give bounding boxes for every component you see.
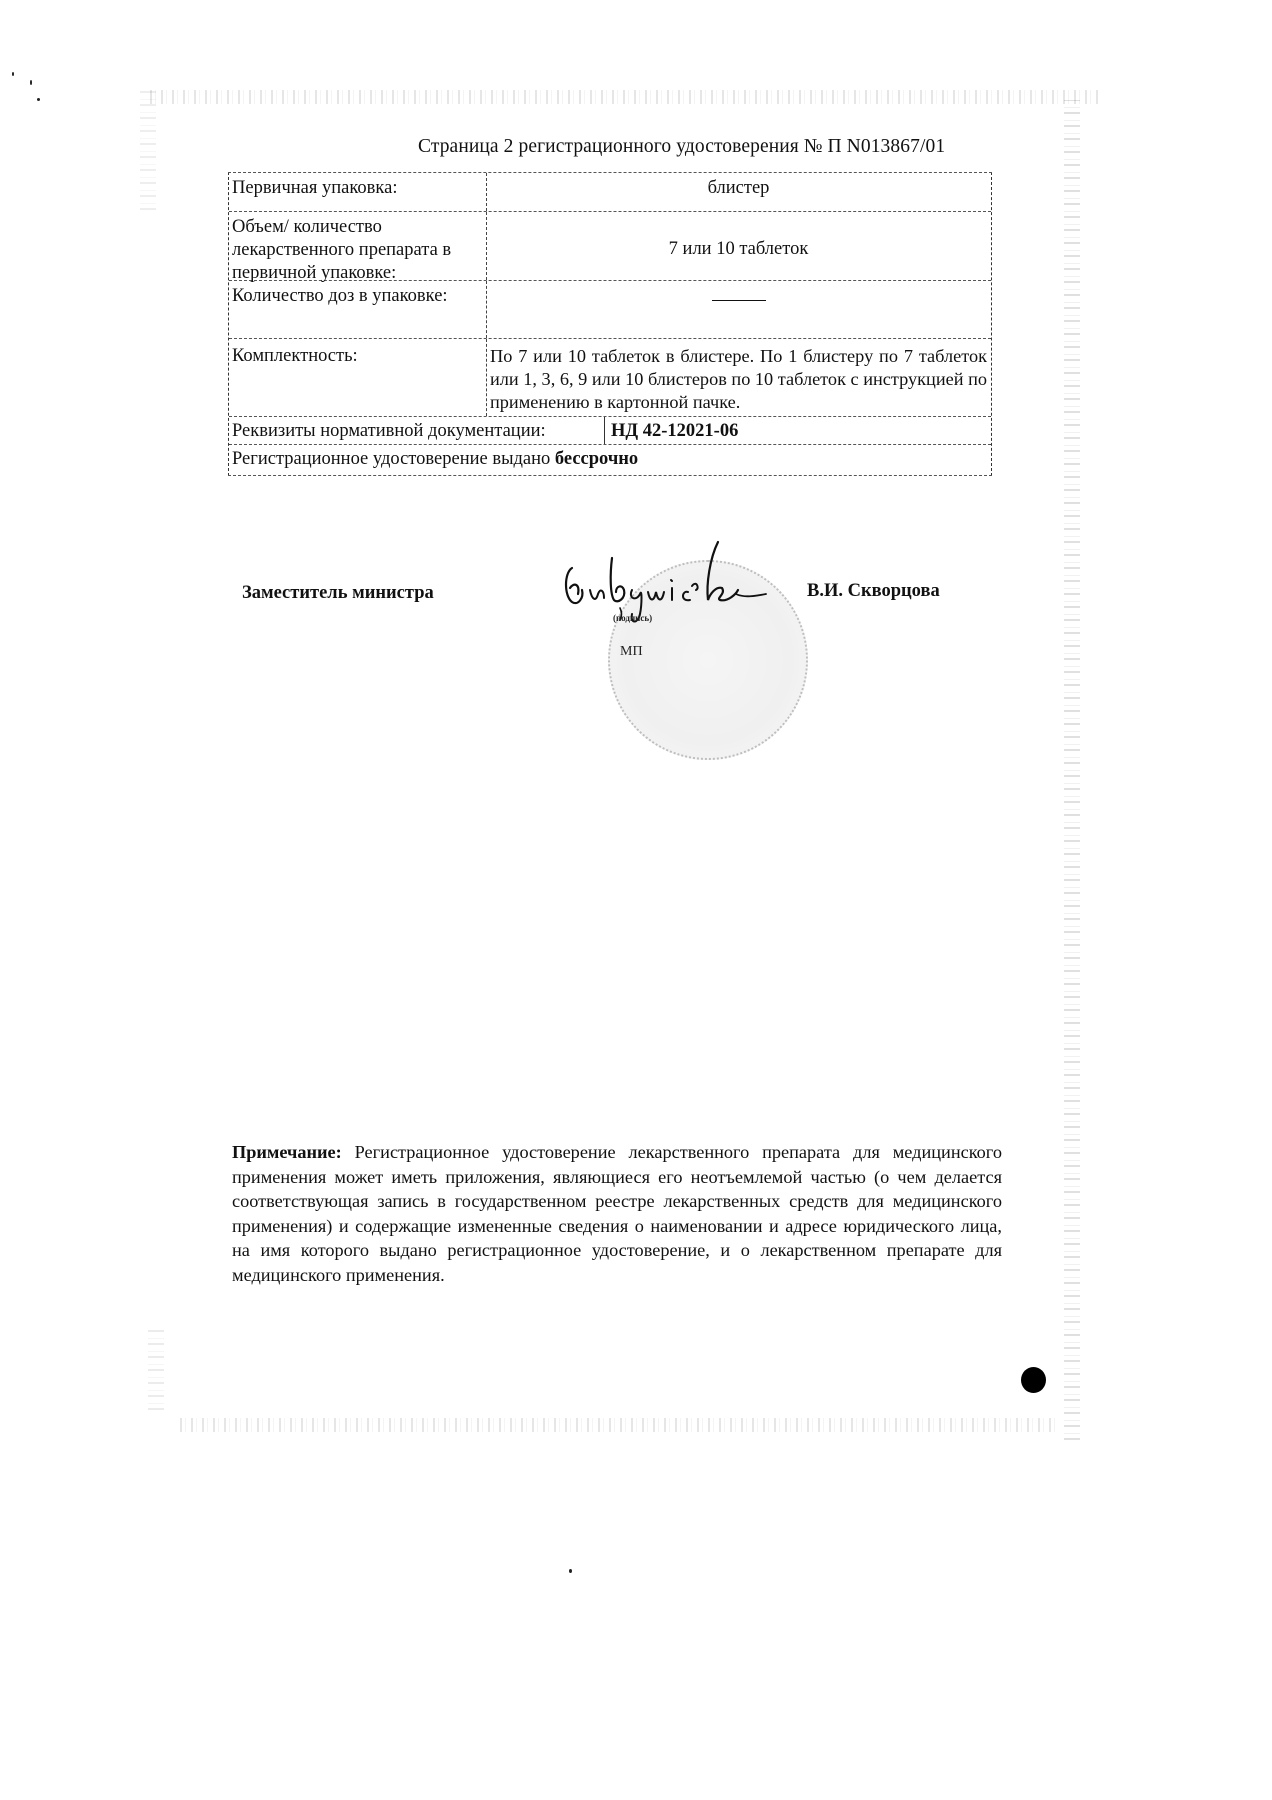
punch-hole-mark xyxy=(1021,1367,1046,1393)
scan-speck xyxy=(37,98,40,101)
table-cell-label: Количество доз в упаковке: xyxy=(229,281,487,338)
scan-border-left xyxy=(140,90,156,210)
scan-border-bottom xyxy=(180,1418,1060,1432)
table-cell-value xyxy=(487,281,991,338)
scan-speck xyxy=(12,72,14,76)
table-cell-value: блистер xyxy=(487,173,991,211)
table-row-volume: Объем/ количество лекарственного препара… xyxy=(229,212,991,281)
requisites-value: НД 42-12021-06 xyxy=(605,417,738,444)
validity-term: бессрочно xyxy=(555,449,638,469)
scan-border-left-lower xyxy=(148,1330,164,1410)
signatory-title: Заместитель министра xyxy=(242,583,434,604)
table-row-validity: Регистрационное удостоверение выдано бес… xyxy=(229,445,991,475)
table-cell-label: Первичная упаковка: xyxy=(229,173,487,211)
table-row-doses: Количество доз в упаковке: xyxy=(229,281,991,339)
requisites-label: Реквизиты нормативной документации: xyxy=(229,417,605,444)
signatory-name: В.И. Скворцова xyxy=(807,581,940,602)
table-cell-label: Объем/ количество лекарственного препара… xyxy=(229,212,487,280)
validity-statement: Регистрационное удостоверение выдано бес… xyxy=(229,445,642,475)
scan-speck xyxy=(569,1569,572,1573)
scan-speck xyxy=(30,80,32,85)
page-header: Страница 2 регистрационного удостоверени… xyxy=(418,136,945,158)
scan-border-right xyxy=(1064,100,1080,1440)
table-row-primary-packaging: Первичная упаковка: блистер xyxy=(229,173,991,212)
validity-text: Регистрационное удостоверение выдано xyxy=(232,449,555,469)
table-cell-value: 7 или 10 таблеток xyxy=(487,212,991,280)
note-label: Примечание: xyxy=(232,1142,342,1162)
note-text: Регистрационное удостоверение лекарствен… xyxy=(232,1142,1002,1285)
signature-caption: (подпись) xyxy=(613,613,652,623)
table-cell-label: Комплектность: xyxy=(229,339,487,416)
scan-border-top xyxy=(150,90,1100,104)
handwritten-signature xyxy=(560,538,780,628)
empty-value-dash xyxy=(712,300,766,301)
table-row-requisites: Реквизиты нормативной документации: НД 4… xyxy=(229,417,991,445)
note-paragraph: Примечание: Регистрационное удостоверени… xyxy=(232,1140,1002,1287)
table-row-completeness: Комплектность: По 7 или 10 таблеток в бл… xyxy=(229,339,991,417)
certificate-table: Первичная упаковка: блистер Объем/ колич… xyxy=(228,172,992,476)
table-cell-value: По 7 или 10 таблеток в блистере. По 1 бл… xyxy=(487,339,991,416)
seal-place-label: МП xyxy=(620,644,643,660)
